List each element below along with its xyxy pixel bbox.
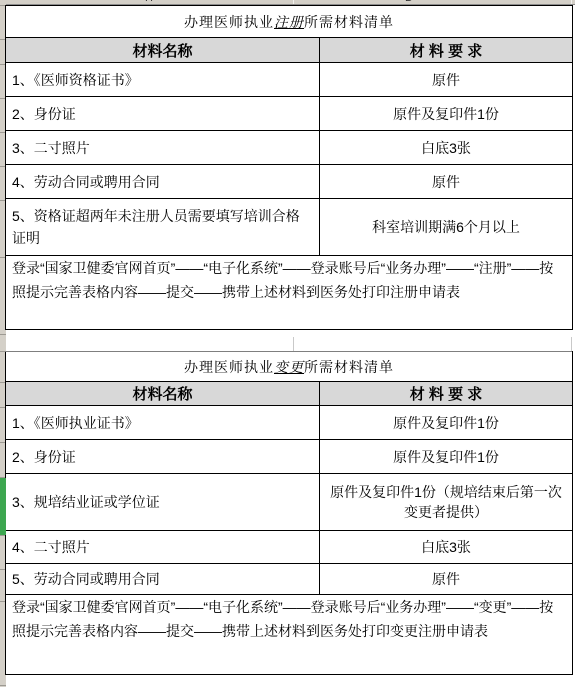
material-name-cell[interactable]: 4、劳动合同或聘用合同 <box>6 165 320 199</box>
material-name-cell[interactable]: 1、《医师执业证书》 <box>6 406 320 440</box>
requirement-cell[interactable]: 原件及复印件1份 <box>320 97 573 131</box>
change-table: 办理医师执业变更所需材料清单 材料名称 材 料 要 求 1、《医师执业证书》 原… <box>5 351 573 675</box>
table-row: 4、劳动合同或聘用合同 原件 <box>6 165 573 199</box>
green-row-marker <box>0 478 6 535</box>
table-row: 5、劳动合同或聘用合同 原件 <box>6 564 573 595</box>
table-row: 2、身份证 原件及复印件1份 <box>6 97 573 131</box>
title-text: 办理医师执业 <box>184 14 274 30</box>
material-name-cell[interactable]: 2、身份证 <box>6 440 320 474</box>
table-row: 1、《医师执业证书》 原件及复印件1份 <box>6 406 573 440</box>
requirement-cell[interactable]: 原件及复印件1份 <box>320 406 573 440</box>
table-title[interactable]: 办理医师执业注册所需材料清单 <box>6 6 573 38</box>
material-name-cell[interactable]: 3、二寸照片 <box>6 131 320 165</box>
material-name-cell[interactable]: 5、资格证超两年未注册人员需要填写培训合格证明 <box>6 199 320 256</box>
table-row: 5、资格证超两年未注册人员需要填写培训合格证明 科室培训期满6个月以上 <box>6 199 573 256</box>
table-row: 3、规培结业证或学位证 原件及复印件1份（规培结束后第一次变更者提供） <box>6 474 573 531</box>
sheet-gridline <box>571 337 572 351</box>
registration-table: 办理医师执业注册所需材料清单 材料名称 材 料 要 求 1、《医师资格证书》 原… <box>5 5 573 330</box>
procedure-note[interactable]: 登录“国家卫健委官网首页”——“电子化系统”——登录账号后“业务办理”——“变更… <box>6 595 573 675</box>
requirement-cell[interactable]: 原件 <box>320 165 573 199</box>
table-row: 3、二寸照片 白底3张 <box>6 131 573 165</box>
material-name-cell[interactable]: 4、二寸照片 <box>6 531 320 564</box>
table-row: 1、《医师资格证书》 原件 <box>6 63 573 97</box>
requirement-cell[interactable]: 白底3张 <box>320 131 573 165</box>
column-letter: B <box>405 0 412 4</box>
title-text: 所需材料清单 <box>304 14 394 30</box>
column-header-material-name[interactable]: 材料名称 <box>6 38 320 63</box>
material-name-cell[interactable]: 2、身份证 <box>6 97 320 131</box>
title-emphasis: 注册 <box>274 14 304 30</box>
title-emphasis: 变更 <box>274 359 304 375</box>
requirement-cell[interactable]: 原件及复印件1份 <box>320 440 573 474</box>
column-header-requirement[interactable]: 材 料 要 求 <box>320 382 573 406</box>
material-name-cell[interactable]: 5、劳动合同或聘用合同 <box>6 564 320 595</box>
title-text: 办理医师执业 <box>184 359 274 375</box>
column-letter: H <box>145 0 153 4</box>
requirement-cell[interactable]: 白底3张 <box>320 531 573 564</box>
column-header-requirement[interactable]: 材 料 要 求 <box>320 38 573 63</box>
table-row: 2、身份证 原件及复印件1份 <box>6 440 573 474</box>
procedure-note[interactable]: 登录“国家卫健委官网首页”——“电子化系统”——登录账号后“业务办理”——“注册… <box>6 256 573 330</box>
spreadsheet-view: H B 办理医师执业注册所需材料清单 材料名称 材 料 要 求 1、《医师资格 <box>0 0 575 687</box>
material-name-cell[interactable]: 1、《医师资格证书》 <box>6 63 320 97</box>
material-name-cell[interactable]: 3、规培结业证或学位证 <box>6 474 320 531</box>
requirement-cell[interactable]: 原件 <box>320 564 573 595</box>
table-row: 4、二寸照片 白底3张 <box>6 531 573 564</box>
column-header-material-name[interactable]: 材料名称 <box>6 382 320 406</box>
requirement-cell[interactable]: 科室培训期满6个月以上 <box>320 199 573 256</box>
requirement-cell[interactable]: 原件 <box>320 63 573 97</box>
sheet-gridline <box>293 337 294 351</box>
requirement-cell[interactable]: 原件及复印件1份（规培结束后第一次变更者提供） <box>320 474 573 531</box>
title-text: 所需材料清单 <box>304 359 394 375</box>
table-title[interactable]: 办理医师执业变更所需材料清单 <box>6 352 573 382</box>
